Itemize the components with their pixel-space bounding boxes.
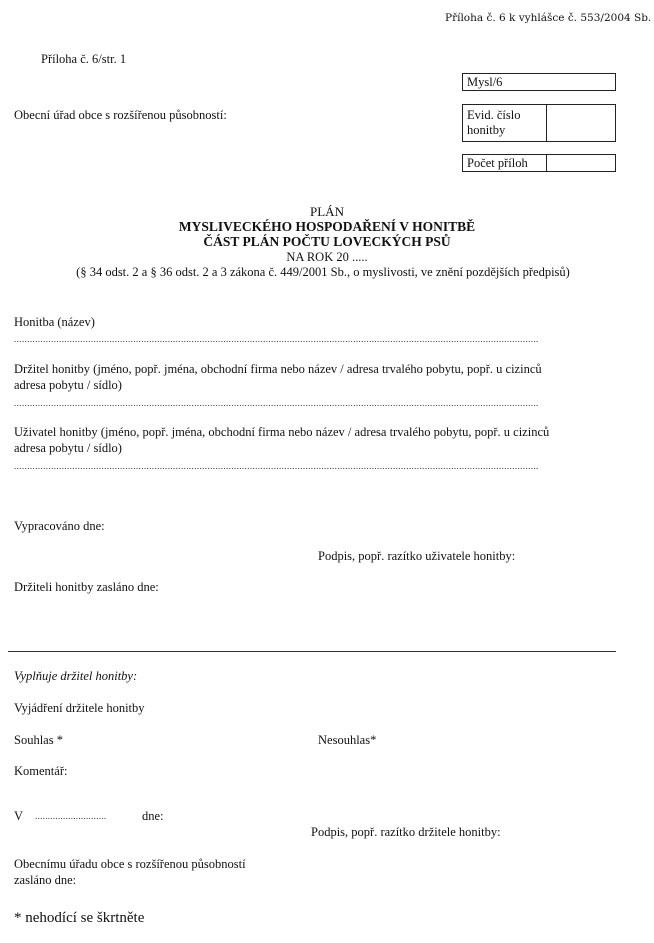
date-label: dne: xyxy=(142,809,164,824)
annex-reference: Příloha č. 6 k vyhlášce č. 553/2004 Sb. xyxy=(445,12,651,24)
evid-number-field[interactable] xyxy=(547,105,615,141)
footnote: * nehodící se škrtněte xyxy=(14,910,144,927)
evid-number-box: Evid. číslo honitby xyxy=(462,104,616,142)
disagree-option[interactable]: Nesouhlas* xyxy=(318,733,376,748)
evid-label-line2: honitby xyxy=(467,123,542,138)
title-main: MYSLIVECKÉHO HOSPODAŘENÍ V HONITBĚ xyxy=(0,219,654,235)
place-prefix: V xyxy=(14,809,23,824)
sent-to-holder-label: Držiteli honitby zasláno dne: xyxy=(14,580,159,595)
user-field[interactable]: ........................................… xyxy=(14,461,562,471)
user-label-line1: Uživatel honitby (jméno, popř. jména, ob… xyxy=(14,425,549,440)
comment-label: Komentář: xyxy=(14,764,67,779)
title-year: NA ROK 20 ..... xyxy=(0,250,654,265)
user-signature-label: Podpis, popř. razítko uživatele honitby: xyxy=(318,549,515,564)
form-code-box: Mysl/6 xyxy=(462,73,616,91)
attachments-box: Počet příloh xyxy=(462,154,616,172)
hunting-ground-label: Honitba (název) xyxy=(14,315,95,330)
form-code: Mysl/6 xyxy=(463,74,615,90)
agree-option[interactable]: Souhlas * xyxy=(14,733,63,748)
sent-to-authority-line2: zasláno dne: xyxy=(14,873,76,888)
title-part: ČÁST PLÁN POČTU LOVECKÝCH PSŮ xyxy=(0,234,654,250)
holder-field[interactable]: ........................................… xyxy=(14,398,562,408)
evid-number-label: Evid. číslo honitby xyxy=(463,105,547,141)
holder-label-line2: adresa pobytu / sídlo) xyxy=(14,378,122,393)
attachments-field[interactable] xyxy=(547,155,615,171)
page-label: Příloha č. 6/str. 1 xyxy=(41,52,126,67)
holder-signature-label: Podpis, popř. razítko držitele honitby: xyxy=(311,825,501,840)
filled-by-holder-label: Vyplňuje držitel honitby: xyxy=(14,669,137,684)
evid-label-line1: Evid. číslo xyxy=(467,108,542,123)
legal-basis: (§ 34 odst. 2 a § 36 odst. 2 a 3 zákona … xyxy=(0,265,650,280)
section-divider xyxy=(8,651,616,652)
title-plan: PLÁN xyxy=(0,204,654,220)
hunting-ground-field[interactable]: ........................................… xyxy=(14,334,577,344)
sent-to-authority-line1: Obecnímu úřadu obce s rozšířenou působno… xyxy=(14,857,246,872)
user-label-line2: adresa pobytu / sídlo) xyxy=(14,441,122,456)
holder-label-line1: Držitel honitby (jméno, popř. jména, obc… xyxy=(14,362,542,377)
place-field[interactable]: ............................ xyxy=(35,811,106,821)
prepared-on-label: Vypracováno dne: xyxy=(14,519,105,534)
authority-label: Obecní úřad obce s rozšířenou působností… xyxy=(14,108,227,123)
holder-statement-label: Vyjádření držitele honitby xyxy=(14,701,145,716)
attachments-label: Počet příloh xyxy=(463,155,547,171)
